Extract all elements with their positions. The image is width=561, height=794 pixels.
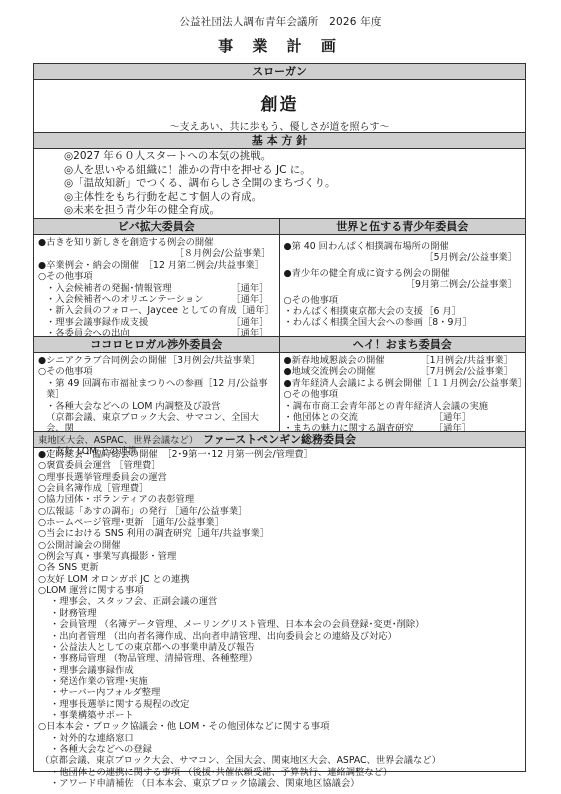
lom-item: ・出向者管理 （出向者名簿作成、出向者申請管理、出向委員会との連絡及び対応） (38, 631, 521, 642)
sub-item: ・わんぱく相撲東京都大会の支援［6 月］ (284, 306, 522, 317)
sub-item-tag: ［通年］ (231, 317, 268, 328)
committee-viva: ビバ拡大委員会 ●古きを知り新しきを創造する例会の開催 ［８月例会/公益事業］ … (34, 218, 280, 336)
lom-item: ・財務管理 (38, 608, 521, 619)
plan-item-tag: ［7月例会/公益事業］ (420, 366, 513, 377)
sub-item-tag: ［6 月］ (424, 306, 461, 317)
plan-item: ○理事長選挙管理委員会の運営 (38, 472, 521, 483)
lom-item: ・事業構築サポート (38, 710, 521, 721)
lom-item: ・理事会議事録作成 (38, 665, 521, 676)
committee-row-1: ビバ拡大委員会 ●古きを知り新しきを創造する例会の開催 ［８月例会/公益事業］ … (34, 218, 525, 336)
slogan-main: 創造 (34, 80, 525, 112)
sub-item: ・他団体との交流［通年］ (284, 412, 522, 423)
committee-penguin-body: ●定時総会・臨時総会の開催 ［2･9第一･12 月第一例会/管理費］ ○褒賞委員… (34, 448, 525, 789)
sub-item-tag: ［8・9月］ (423, 317, 472, 328)
lom-item: ・発送作業の管理･実施 (38, 676, 521, 687)
lom-item: ・サーバー内フォルダ整理 (38, 687, 521, 698)
sub-item-text: ・わんぱく相撲全国大会への参画 (284, 317, 423, 328)
sub-item: ・新入会員のフォロー、Jaycee としての育成［通年］ (38, 305, 275, 316)
business-plan-table: スローガン 創造 〜支えあい、共に歩もう、優しさが道を照らす〜 基 本 方 針 … (33, 63, 526, 772)
plan-item: ○ホームページ管理･更新 ［通年/公益事業］ (38, 517, 521, 528)
external-item: （京都会議、東京ブロック大会、サマコン、全国大会、関東地区大会、ASPAC、世界… (38, 755, 521, 766)
plan-item-tag: ［9月第二例会/公益事業］ (284, 279, 522, 290)
sub-item: ・第 49 回調布市福祉まつりへの参画［12 月/公益事業］ (38, 378, 275, 401)
plan-item-tag: ［１１月例会/公益事業］ (422, 378, 527, 389)
policy-heading: 基 本 方 針 (34, 132, 525, 149)
organization-year: 公益社団法人調布青年会議所 2026 年度 (0, 14, 561, 29)
committee-heading: 世界と伍する青少年委員会 (280, 218, 526, 235)
sub-item-text: ・入会候補者の発掘･情報管理 (46, 283, 172, 294)
policy-item: ◎未来を担う青少年の健全育成。 (64, 204, 525, 218)
committee-heading: ココロヒロガル渉外委員会 (34, 336, 279, 353)
plan-item: ○その他事項 (38, 366, 275, 377)
sub-item: ・わんぱく相撲全国大会への参画［8・9月］ (284, 317, 522, 328)
plan-item: ●シニアクラブ合同例会の開催［3月例会/共益事業］ (38, 355, 275, 366)
sub-item-tag: ［通年］ (231, 283, 268, 294)
plan-item: ●地域交流例会の開催［7月例会/公益事業］ (284, 366, 522, 377)
plan-item: ●古きを知り新しきを創造する例会の開催 (38, 237, 275, 248)
plan-item: ○その他事項 (38, 271, 275, 282)
sub-item: ・理事会議事録作成支援［通年］ (38, 317, 275, 328)
plan-item: ○各 SNS 更新 (38, 562, 521, 573)
plan-item-text: ●シニアクラブ合同例会の開催 (38, 355, 167, 366)
slogan-heading: スローガン (34, 64, 525, 80)
committee-body: ●シニアクラブ合同例会の開催［3月例会/共益事業］ ○その他事項 ・第 49 回… (34, 353, 279, 431)
lom-item: ・公益法人としての東京都への事業申請及び報告 (38, 642, 521, 653)
plan-item-text: ●地域交流例会の開催 (284, 366, 376, 377)
committee-youth: 世界と伍する青少年委員会 ●第 40 回わんぱく相撲調布場所の開催 ［5月例会/… (280, 218, 526, 336)
sub-item-tag: ［通年］ (434, 412, 471, 423)
committee-row-2: ココロヒロガル渉外委員会 ●シニアクラブ合同例会の開催［3月例会/共益事業］ ○… (34, 336, 525, 431)
lom-item: ・事務局管理 （物品管理、清掃管理、各種整理） (38, 653, 521, 664)
committee-heading: ビバ拡大委員会 (34, 218, 279, 235)
policy-item: ◎2027 年６０人スタートへの本気の挑戦。 (64, 150, 525, 164)
sub-item-text: ・他団体との交流 (284, 412, 358, 423)
plan-item: ○協力団体・ボランティアの表彰管理 (38, 494, 521, 505)
plan-item: ●第 40 回わんぱく相撲調布場所の開催 (284, 241, 522, 252)
plan-item: ○友好 LOM オロンガポ JC との連携 (38, 574, 521, 585)
sub-item: ・各種大会などへの LOM 内調整及び設営 (38, 401, 275, 412)
external-item: ・アワード申請補佐 （日本本会、東京ブロック協議会、関東地区協議会） (38, 778, 521, 789)
plan-item: ○会員名簿作成［管理費］ (38, 483, 521, 494)
lom-item: ・理事会、スタッフ会、正副会議の運営 (38, 596, 521, 607)
committee-body: ●新春地域懇談会の開催［1月例会/共益事業］ ●地域交流例会の開催［7月例会/公… (280, 353, 526, 431)
slogan-subtitle: 〜支えあい、共に歩もう、優しさが道を照らす〜 (34, 118, 525, 133)
sub-item: ・入会候補者へのオリエンテーション［通年］ (38, 294, 275, 305)
plan-item: ○例会写真・事業写真撮影・管理 (38, 551, 521, 562)
policy-list: ◎2027 年６０人スタートへの本気の挑戦。 ◎人を思いやる組織に！誰かの背中を… (34, 149, 525, 218)
plan-item-tag: ［８月例会/公益事業］ (38, 248, 275, 259)
plan-item: ●青少年の健全育成に資する例会の開催 (284, 268, 522, 279)
plan-item-tag: ［1月例会/共益事業］ (420, 355, 513, 366)
committee-kokoro: ココロヒロガル渉外委員会 ●シニアクラブ合同例会の開催［3月例会/共益事業］ ○… (34, 336, 280, 431)
external-heading: ○日本本会・ブロック協議会・他 LOM・その他団体などに関する事項 (38, 721, 521, 732)
plan-item: ○公開討論会の開催 (38, 540, 521, 551)
committee-heading: ヘイ！おまち委員会 (280, 336, 526, 353)
plan-item: ○LOM 運営に関する事項 (38, 585, 521, 596)
committee-omachi: ヘイ！おまち委員会 ●新春地域懇談会の開催［1月例会/共益事業］ ●地域交流例会… (280, 336, 526, 431)
external-item: ・対外的な連絡窓口 (38, 733, 521, 744)
document-title: 事 業 計 画 (0, 35, 561, 56)
plan-item: ○その他事項 (284, 295, 522, 306)
plan-item: ●青年経済人会議による例会開催［１１月例会/公益事業］ (284, 378, 522, 389)
lom-item: ・会員管理 （名簿データ管理、メーリングリスト管理、日本本会の会員登録･変更･削… (38, 619, 521, 630)
sub-item-tag: ［通年］ (237, 305, 274, 316)
plan-item: ○その他事項 (284, 389, 522, 400)
sub-item-text: ・入会候補者へのオリエンテーション (46, 294, 204, 305)
plan-item: ○褒賞委員会運営 ［管理費］ (38, 460, 521, 471)
sub-item: ・調布市商工会青年部との青年経済人会議の実施 (284, 401, 522, 412)
plan-item-text: ●新春地域懇談会の開催 (284, 355, 385, 366)
external-item: ・他団体との連携に関する事項 （後援･共催依頼受諾、予算執行、連絡調整など） (38, 767, 521, 778)
plan-item: ●定時総会・臨時総会の開催 ［2･9第一･12 月第一例会/管理費］ (38, 449, 521, 460)
sub-item-text: ・新入会員のフォロー、Jaycee としての育成 (46, 305, 237, 316)
plan-item: ○広報誌「あすの調布」の発行 ［通年/公益事業］ (38, 506, 521, 517)
plan-item-tag: ［3月例会/共益事業］ (168, 355, 261, 366)
policy-item: ◎「温故知新」でつくる、調布らしさ全開のまちづくり。 (64, 177, 525, 191)
committee-body: ●古きを知り新しきを創造する例会の開催 ［８月例会/公益事業］ ●卒業例会・納会… (34, 235, 279, 336)
lom-item: ・理事長選挙に関する規程の改定 (38, 699, 521, 710)
policy-item: ◎主体性をもち行動を起こす個人の育成。 (64, 191, 525, 205)
policy-item: ◎人を思いやる組織に！誰かの背中を押せる JC に。 (64, 164, 525, 178)
external-item: ・各種大会などへの登録 (38, 744, 521, 755)
sub-item-tag: ［通年］ (434, 423, 471, 434)
sub-item-text: ・理事会議事録作成支援 (46, 317, 148, 328)
sub-item: ・入会候補者の発掘･情報管理［通年］ (38, 283, 275, 294)
sub-item-tag: ［通年］ (231, 294, 268, 305)
slogan-section: 創造 〜支えあい、共に歩もう、優しさが道を照らす〜 (34, 80, 525, 132)
plan-item-tag: ［5月例会/公益事業］ (284, 252, 522, 263)
plan-item-text: ●青年経済人会議による例会開催 (284, 378, 422, 389)
plan-item: ●卒業例会・納会の開催 ［12 月第二例会/共益事業］ (38, 260, 275, 271)
sub-item-text: ・わんぱく相撲東京都大会の支援 (284, 306, 423, 317)
plan-item: ●新春地域懇談会の開催［1月例会/共益事業］ (284, 355, 522, 366)
plan-item: ○当会における SNS 利用の調査研究［通年/共益事業］ (38, 528, 521, 539)
committee-body: ●第 40 回わんぱく相撲調布場所の開催 ［5月例会/公益事業］ ●青少年の健全… (280, 235, 526, 336)
